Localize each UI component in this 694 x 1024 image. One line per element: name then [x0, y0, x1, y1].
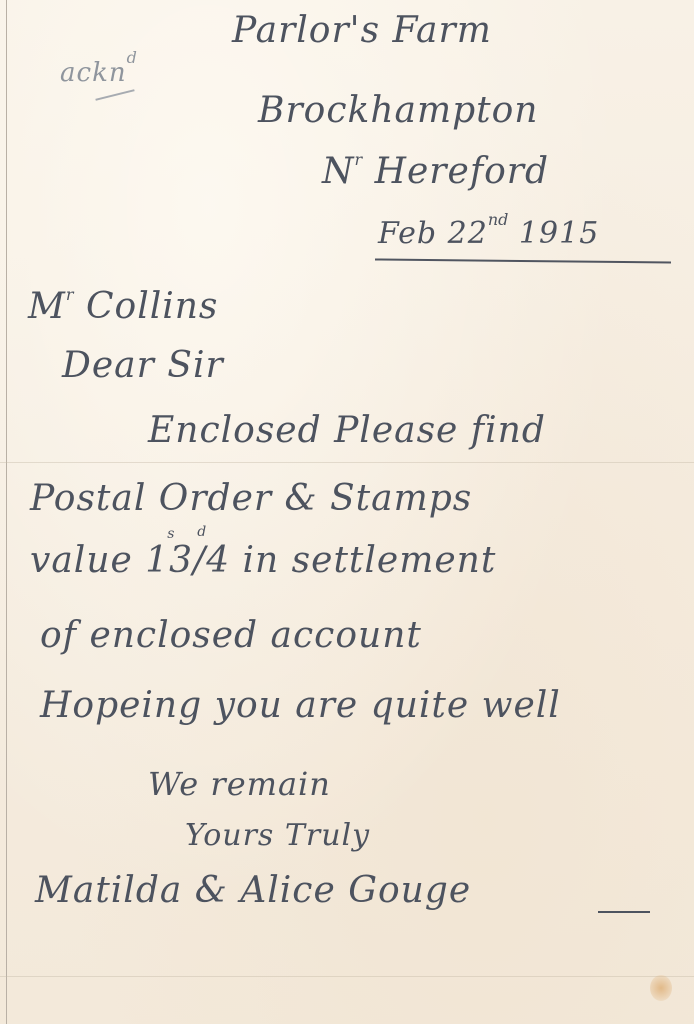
- date-ordinal: nd: [488, 210, 509, 229]
- signature-flourish: [598, 911, 650, 913]
- annotation-underline: [95, 89, 134, 101]
- paper-fold-line: [0, 462, 694, 463]
- closing-line-2: Yours Truly: [185, 818, 370, 853]
- closing-line-1: We remain: [148, 765, 331, 803]
- body-line-5: Hopeing you are quite well: [40, 685, 561, 726]
- annotation-sup: d: [127, 48, 137, 67]
- body-line-4: of enclosed account: [40, 615, 422, 656]
- letter-date: Feb 22nd 1915: [378, 210, 599, 251]
- address-town: Hereford: [362, 151, 549, 192]
- salutation: Dear Sir: [62, 345, 224, 386]
- body-line-1: Enclosed Please find: [148, 410, 546, 451]
- recipient-title: M: [28, 286, 66, 327]
- paper-stain: [650, 975, 672, 1001]
- address-line-2: Brockhampton: [258, 90, 538, 131]
- date-day: Feb 22: [378, 216, 488, 251]
- value-label: value: [30, 540, 145, 581]
- signature: Matilda & Alice Gouge: [35, 870, 471, 911]
- paper-fold-line-lower: [0, 976, 694, 977]
- address-abbrev-sup: r: [355, 150, 363, 169]
- date-underline: [375, 258, 671, 263]
- acknowledged-annotation: acknd: [60, 48, 137, 88]
- body-line-3: value 13/4sd in settlement: [30, 540, 496, 581]
- amount-pence-mark: d: [197, 524, 207, 540]
- amount: 13/4sd: [145, 540, 230, 581]
- annotation-text: ackn: [60, 58, 127, 88]
- recipient: Mr Collins: [28, 285, 218, 327]
- amount-value: 13/4: [145, 540, 230, 581]
- amount-shillings-mark: s: [167, 526, 175, 542]
- address-abbrev: N: [322, 151, 355, 192]
- body-line-2: Postal Order & Stamps: [30, 478, 472, 519]
- address-line-3: Nr Hereford: [322, 150, 549, 192]
- address-line-1: Parlor's Farm: [232, 10, 492, 51]
- date-year: 1915: [508, 216, 599, 251]
- recipient-title-sup: r: [66, 285, 74, 304]
- letter-page: acknd Parlor's Farm Brockhampton Nr Here…: [0, 0, 694, 1024]
- recipient-name: Collins: [74, 286, 219, 327]
- paper-left-edge: [6, 0, 7, 1024]
- settlement-text: in settlement: [230, 540, 496, 581]
